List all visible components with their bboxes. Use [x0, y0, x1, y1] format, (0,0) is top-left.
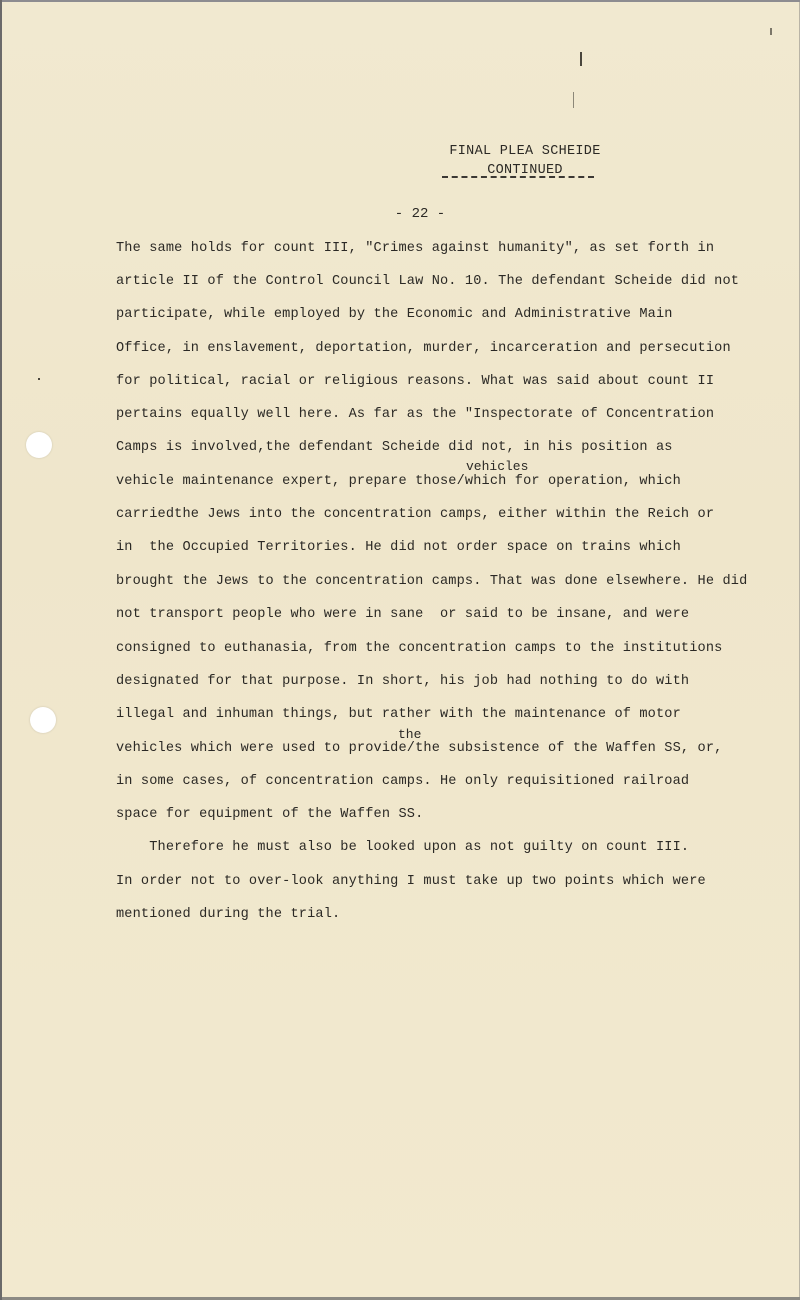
- interlinear-insertion: vehicles: [466, 459, 528, 474]
- body-line: Camps is involved,the defendant Scheide …: [116, 440, 673, 455]
- interlinear-insertion: the: [398, 727, 421, 742]
- body-line: not transport people who were in sane or…: [116, 607, 689, 622]
- document-page: FINAL PLEA SCHEIDE CONTINUED - 22 - The …: [0, 0, 800, 1300]
- body-line: space for equipment of the Waffen SS.: [116, 807, 423, 822]
- body-line: vehicles which were used to provide/the …: [116, 741, 722, 756]
- body-line: Therefore he must also be looked upon as…: [116, 840, 689, 855]
- document-title: FINAL PLEA SCHEIDE: [410, 142, 640, 161]
- body-line: article II of the Control Council Law No…: [116, 274, 739, 289]
- page-number: - 22 -: [380, 206, 460, 222]
- body-line: designated for that purpose. In short, h…: [116, 674, 689, 689]
- ink-mark: [573, 92, 574, 108]
- body-line: vehicle maintenance expert, prepare thos…: [116, 474, 681, 489]
- body-line: participate, while employed by the Econo…: [116, 307, 673, 322]
- header-underline: [442, 176, 594, 178]
- document-header: FINAL PLEA SCHEIDE CONTINUED: [410, 142, 640, 180]
- body-line: The same holds for count III, "Crimes ag…: [116, 241, 714, 256]
- body-line: brought the Jews to the concentration ca…: [116, 574, 747, 589]
- ink-mark: [770, 28, 772, 35]
- body-line: in some cases, of concentration camps. H…: [116, 774, 689, 789]
- body-line: pertains equally well here. As far as th…: [116, 407, 714, 422]
- body-line: mentioned during the trial.: [116, 907, 340, 922]
- punch-hole-bottom: [30, 707, 56, 733]
- body-line: illegal and inhuman things, but rather w…: [116, 707, 681, 722]
- ink-mark: [580, 52, 582, 66]
- punch-hole-top: [26, 432, 52, 458]
- body-line: consigned to euthanasia, from the concen…: [116, 641, 722, 656]
- body-line: for political, racial or religious reaso…: [116, 374, 714, 389]
- ink-mark: [38, 378, 40, 380]
- body-line: Office, in enslavement, deportation, mur…: [116, 341, 731, 356]
- body-line: carriedthe Jews into the concentration c…: [116, 507, 714, 522]
- body-line: In order not to over-look anything I mus…: [116, 874, 706, 889]
- body-line: in the Occupied Territories. He did not …: [116, 540, 681, 555]
